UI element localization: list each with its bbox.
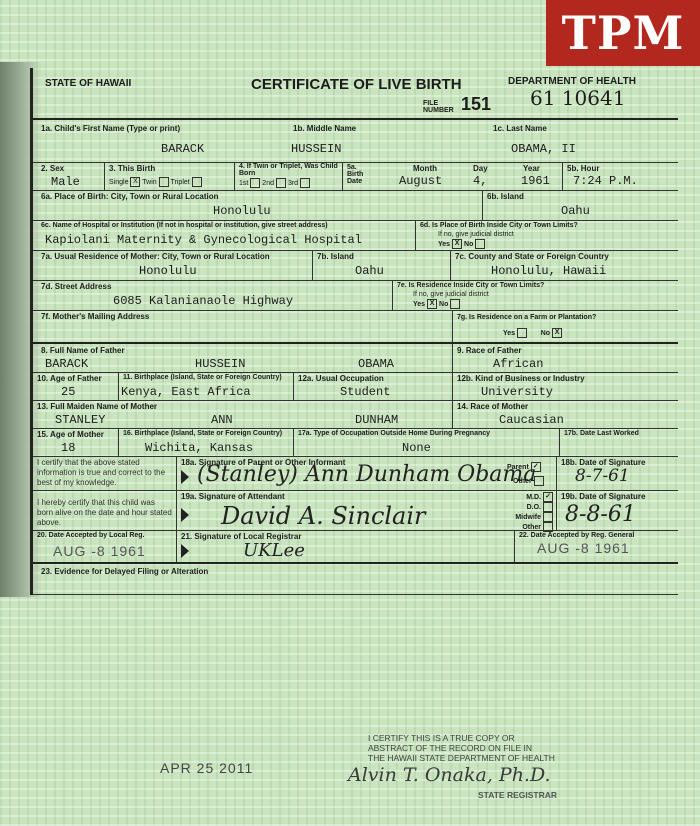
label-7c: 7c. County and State or Foreign Country <box>455 252 609 261</box>
cell-sex: 2. Sex Male <box>33 162 105 190</box>
label-7e: 7e. Is Residence Inside City or Town Lim… <box>397 282 544 289</box>
value-sex: Male <box>51 175 80 189</box>
value-mother-middle: ANN <box>211 413 233 427</box>
twin-order-options: 1st 2nd 3rd <box>239 178 310 188</box>
option-parent: Parent <box>507 464 529 471</box>
checkbox-other <box>534 476 544 486</box>
cell-6a: 6a. Place of Birth: City, Town or Rural … <box>33 190 483 220</box>
birth-type-options: SingleX Twin Triplet <box>109 177 202 187</box>
row-place-of-birth: 6a. Place of Birth: City, Town or Rural … <box>33 190 678 221</box>
cell-this-birth: 3. This Birth SingleX Twin Triplet <box>105 162 235 190</box>
arrow-icon <box>181 470 189 484</box>
option-2nd: 2nd <box>262 180 274 187</box>
value-mother-first: STANLEY <box>55 413 105 427</box>
checkbox-no <box>450 299 460 309</box>
label-17a: 17a. Type of Occupation Outside Home Dur… <box>298 430 490 437</box>
cell-6d: 6d. Is Place of Birth Inside City or Tow… <box>416 220 678 250</box>
local-registrar-signature: UKLee <box>243 540 305 561</box>
value-father-first: BARACK <box>45 357 88 371</box>
label-6a: 6a. Place of Birth: City, Town or Rural … <box>41 192 219 201</box>
option-no: No <box>541 330 550 337</box>
row-hospital: 6c. Name of Hospital or Institution (If … <box>33 220 678 251</box>
label-9: 9. Race of Father <box>457 346 521 355</box>
label-23: 23. Evidence for Delayed Filing or Alter… <box>41 567 208 576</box>
value-father-age: 25 <box>61 385 75 399</box>
checkbox-yes: X <box>452 239 462 249</box>
checkbox-yes <box>517 328 527 338</box>
row-evidence: 23. Evidence for Delayed Filing or Alter… <box>33 564 678 595</box>
label-7f: 7f. Mother's Mailing Address <box>41 312 149 321</box>
checkbox-parent: ✓ <box>531 462 541 472</box>
label-13: 13. Full Maiden Name of Mother <box>37 402 157 411</box>
value-mother-race: Caucasian <box>499 413 564 427</box>
cell-informant-cert: I certify that the above stated informat… <box>33 456 177 490</box>
value-hospital: Kapiolani Maternity & Gynecological Hosp… <box>45 233 362 247</box>
checkbox-3rd <box>300 178 310 188</box>
label-5a: 5a. Birth Date <box>347 164 373 185</box>
informant-signature: (Stanley) Ann Dunham Obama <box>197 462 536 487</box>
checkbox-2nd <box>276 178 286 188</box>
option-3rd: 3rd <box>288 180 298 187</box>
cell-birth-date: 5a. Birth Date Month Day Year August 4, … <box>343 162 563 190</box>
value-mother-age: 18 <box>61 441 75 455</box>
value-birth-island: Oahu <box>561 204 590 218</box>
row-child-name: 1a. Child's First Name (Type or print) B… <box>33 120 678 163</box>
arrow-icon <box>181 544 189 558</box>
checkbox-no: X <box>552 328 562 338</box>
value-residence-city: Honolulu <box>139 264 197 278</box>
tpm-logo: TPM <box>546 0 700 66</box>
file-number-label: FILE NUMBER <box>423 100 454 114</box>
certify-line-1: I CERTIFY THIS IS A TRUE COPY OR <box>368 733 555 743</box>
cell-6b: 6b. Island Oahu <box>483 190 678 220</box>
residence-limits-options: YesX No <box>413 299 460 309</box>
cell-7g: 7g. Is Residence on a Farm or Plantation… <box>453 310 678 342</box>
certificate-title: CERTIFICATE OF LIVE BIRTH <box>251 76 462 93</box>
label-7g: 7g. Is Residence on a Farm or Plantation… <box>457 314 596 321</box>
option-midwife: Midwife <box>515 514 541 521</box>
label-7b: 7b. Island <box>317 252 354 261</box>
value-birth-year: 1961 <box>521 174 550 188</box>
state-registrar-signature: Alvin T. Onaka, Ph.D. <box>348 764 551 786</box>
cell-7a: 7a. Usual Residence of Mother: City, Tow… <box>33 250 313 280</box>
cell-19b: 19b. Date of Signature 8-8-61 <box>557 490 678 530</box>
row-registration: 20. Date Accepted by Local Reg. AUG -8 1… <box>33 530 678 564</box>
label-14: 14. Race of Mother <box>457 402 528 411</box>
row-informant: I certify that the above stated informat… <box>33 456 678 491</box>
label-15: 15. Age of Mother <box>37 430 104 439</box>
informant-type-other: Other <box>513 476 544 486</box>
label-22: 22. Date Accepted by Reg. General <box>519 532 634 539</box>
label-1b: 1b. Middle Name <box>293 124 356 133</box>
local-registration-stamp: AUG -8 1961 <box>53 543 146 559</box>
value-birth-hour: 7:24 P.M. <box>573 174 638 188</box>
state-registrar-title: STATE REGISTRAR <box>478 790 557 800</box>
checkbox-triplet <box>192 177 202 187</box>
true-copy-certification: I CERTIFY THIS IS A TRUE COPY OR ABSTRAC… <box>368 733 555 763</box>
label-5b: 5b. Hour <box>567 164 599 173</box>
cell-17b: 17b. Date Last Worked <box>560 428 678 456</box>
cell-12b: 12b. Kind of Business or Industry Univer… <box>453 372 678 400</box>
cell-7d: 7d. Street Address 6085 Kalanianaole Hig… <box>33 280 393 310</box>
cell-7e: 7e. Is Residence Inside City or Town Lim… <box>393 280 678 310</box>
value-residence-county-state: Honolulu, Hawaii <box>491 264 606 278</box>
cell-17a: 17a. Type of Occupation Outside Home Dur… <box>294 428 560 456</box>
cell-21: 21. Signature of Local Registrar UKLee <box>177 530 515 562</box>
state-label: STATE OF HAWAII <box>45 78 131 89</box>
option-yes: Yes <box>438 241 450 248</box>
label-7d: 7d. Street Address <box>41 282 111 291</box>
general-registration-stamp: AUG -8 1961 <box>537 540 630 556</box>
checkbox-twin <box>159 177 169 187</box>
value-father-birthplace: Kenya, East Africa <box>121 385 251 399</box>
label-year: Year <box>523 164 540 173</box>
cell-twin-order: 4. If Twin or Triplet, Was Child Born 1s… <box>235 162 343 190</box>
value-mother-birthplace: Wichita, Kansas <box>145 441 253 455</box>
row-mailing-address: 7f. Mother's Mailing Address 7g. Is Resi… <box>33 310 678 344</box>
row-sex-birth: 2. Sex Male 3. This Birth SingleX Twin T… <box>33 162 678 191</box>
label-6b: 6b. Island <box>487 192 524 201</box>
option-no: No <box>439 301 448 308</box>
file-number: 151 <box>461 94 491 115</box>
option-do: D.O. <box>527 504 541 511</box>
value-father-occupation: Student <box>340 385 390 399</box>
label-11: 11. Birthplace (Island, State or Foreign… <box>123 374 282 381</box>
row-father-details: 10. Age of Father 25 11. Birthplace (Isl… <box>33 372 678 401</box>
value-child-first-name: BARACK <box>161 142 204 156</box>
label-1a: 1a. Child's First Name (Type or print) <box>41 124 180 133</box>
cell-6c: 6c. Name of Hospital or Institution (If … <box>33 220 416 250</box>
farm-options: Yes NoX <box>503 328 562 338</box>
checkbox-yes: X <box>427 299 437 309</box>
value-birth-day: 4, <box>473 174 487 188</box>
label-20: 20. Date Accepted by Local Reg. <box>37 532 145 539</box>
option-1st: 1st <box>239 180 248 187</box>
label-19a: 19a. Signature of Attendant <box>181 492 285 501</box>
informant-certification-text: I certify that the above stated informat… <box>37 458 173 488</box>
cell-11: 11. Birthplace (Island, State or Foreign… <box>119 372 294 400</box>
label-7a: 7a. Usual Residence of Mother: City, Tow… <box>41 252 270 261</box>
cell-22: 22. Date Accepted by Reg. General AUG -8… <box>515 530 678 562</box>
label-4: 4. If Twin or Triplet, Was Child Born <box>239 163 339 177</box>
city-limits-options: YesX No <box>438 239 485 249</box>
issue-date-stamp: APR 25 2011 <box>160 760 253 776</box>
option-twin: Twin <box>142 179 156 186</box>
value-residence-island: Oahu <box>355 264 384 278</box>
option-md: M.D. <box>526 494 541 501</box>
certify-line-2: ABSTRACT OF THE RECORD ON FILE IN <box>368 743 555 753</box>
cell-14: 14. Race of Mother Caucasian <box>453 400 678 428</box>
value-birth-city: Honolulu <box>213 204 271 218</box>
option-single: Single <box>109 179 128 186</box>
label-2: 2. Sex <box>41 164 64 173</box>
attendant-certification-text: I hereby certify that this child was bor… <box>37 498 173 528</box>
label-month: Month <box>413 164 437 173</box>
label-19b: 19b. Date of Signature <box>561 492 645 501</box>
label-17b: 17b. Date Last Worked <box>564 430 639 437</box>
cell-18a: 18a. Signature of Parent or Other Inform… <box>177 456 557 490</box>
label-8: 8. Full Name of Father <box>41 346 125 355</box>
value-birth-month: August <box>399 174 442 188</box>
cell-18b: 18b. Date of Signature 8-7-61 <box>557 456 678 490</box>
label-6d-sub: If no, give judicial district <box>438 231 514 238</box>
option-other: Other <box>513 478 532 485</box>
option-yes: Yes <box>503 330 515 337</box>
label-12a: 12a. Usual Occupation <box>298 374 384 383</box>
cell-13: 13. Full Maiden Name of Mother STANLEY A… <box>33 400 453 428</box>
cell-12a: 12a. Usual Occupation Student <box>294 372 453 400</box>
cell-attendant-cert: I hereby certify that this child was bor… <box>33 490 177 530</box>
attendant-type-options: M.D.✓ D.O. Midwife Other <box>507 492 553 532</box>
cell-16: 16. Birthplace (Island, State or Foreign… <box>119 428 294 456</box>
checkbox-midwife <box>543 512 553 522</box>
file-label-line1: FILE <box>423 100 454 107</box>
label-7e-sub: If no, give judicial district <box>413 291 489 298</box>
label-16: 16. Birthplace (Island, State or Foreign… <box>123 430 282 437</box>
certificate-number: 61 10641 <box>530 86 625 110</box>
checkbox-md: ✓ <box>543 492 553 502</box>
row-mother-details: 15. Age of Mother 18 16. Birthplace (Isl… <box>33 428 678 457</box>
cell-7b: 7b. Island Oahu <box>313 250 451 280</box>
cell-7f: 7f. Mother's Mailing Address <box>33 310 453 342</box>
label-6d: 6d. Is Place of Birth Inside City or Tow… <box>420 222 578 229</box>
label-12b: 12b. Kind of Business or Industry <box>457 374 585 383</box>
label-6c: 6c. Name of Hospital or Institution (If … <box>41 222 328 229</box>
file-label-line2: NUMBER <box>423 107 454 114</box>
option-no: No <box>464 241 473 248</box>
value-father-race: African <box>493 357 543 371</box>
value-street-address: 6085 Kalanianaole Highway <box>113 294 293 308</box>
row-father-name: 8. Full Name of Father BARACK HUSSEIN OB… <box>33 344 678 373</box>
informant-signature-date: 8-7-61 <box>575 466 630 486</box>
cell-8: 8. Full Name of Father BARACK HUSSEIN OB… <box>33 344 453 372</box>
label-10: 10. Age of Father <box>37 374 102 383</box>
row-attendant: I hereby certify that this child was bor… <box>33 490 678 531</box>
value-father-last: OBAMA <box>358 357 394 371</box>
row-mother-residence: 7a. Usual Residence of Mother: City, Tow… <box>33 250 678 281</box>
checkbox-1st <box>250 178 260 188</box>
cell-10: 10. Age of Father 25 <box>33 372 119 400</box>
checkbox-no <box>475 239 485 249</box>
value-mother-occupation: None <box>402 441 431 455</box>
attendant-signature: David A. Sinclair <box>221 502 426 530</box>
cell-20: 20. Date Accepted by Local Reg. AUG -8 1… <box>33 530 177 562</box>
option-triplet: Triplet <box>171 179 190 186</box>
row-street-address: 7d. Street Address 6085 Kalanianaole Hig… <box>33 280 678 311</box>
value-child-middle-name: HUSSEIN <box>291 142 341 156</box>
arrow-icon <box>181 508 189 522</box>
cell-15: 15. Age of Mother 18 <box>33 428 119 456</box>
cell-7c: 7c. County and State or Foreign Country … <box>451 250 678 280</box>
option-yes: Yes <box>413 301 425 308</box>
checkbox-do <box>543 502 553 512</box>
value-father-business: University <box>481 385 553 399</box>
certificate-header: STATE OF HAWAII CERTIFICATE OF LIVE BIRT… <box>33 68 678 124</box>
attendant-signature-date: 8-8-61 <box>565 502 636 527</box>
cell-9: 9. Race of Father African <box>453 344 678 372</box>
value-child-last-name: OBAMA, II <box>511 142 576 156</box>
label-3: 3. This Birth <box>109 164 155 173</box>
cell-19a: 19a. Signature of Attendant David A. Sin… <box>177 490 557 530</box>
label-1c: 1c. Last Name <box>493 124 547 133</box>
label-day: Day <box>473 164 488 173</box>
certify-line-3: THE HAWAII STATE DEPARTMENT OF HEALTH <box>368 753 555 763</box>
row-mother-name: 13. Full Maiden Name of Mother STANLEY A… <box>33 400 678 429</box>
value-father-middle: HUSSEIN <box>195 357 245 371</box>
checkbox-single: X <box>130 177 140 187</box>
cell-hour: 5b. Hour 7:24 P.M. <box>563 162 678 190</box>
value-mother-last: DUNHAM <box>355 413 398 427</box>
birth-certificate: STATE OF HAWAII CERTIFICATE OF LIVE BIRT… <box>30 68 678 595</box>
informant-type-parent: Parent✓ <box>507 462 541 472</box>
